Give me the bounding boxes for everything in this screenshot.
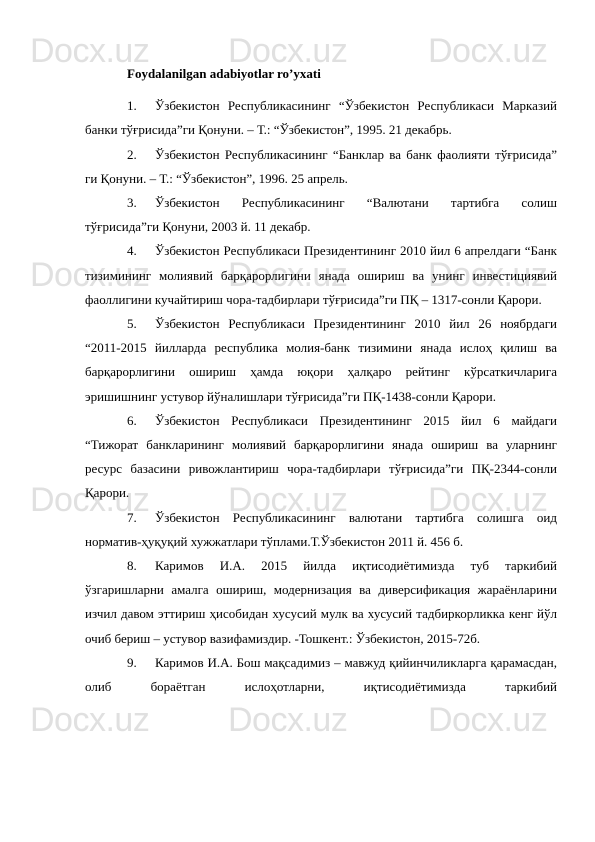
document-page: Docx.uz Docx.uz Docx.uz Docx.uz Docx.uz …: [0, 0, 595, 842]
reference-item: 2.Ўзбекистон Республикасининг “Банклар в…: [85, 143, 557, 191]
item-number: 3.: [127, 191, 155, 215]
item-text: Ўзбекистон Республикасининг “Валютани та…: [85, 195, 557, 234]
item-number: 9.: [127, 651, 155, 675]
item-text: Ўзбекистон Республикаси Президентининг 2…: [85, 316, 557, 404]
watermark: Docx.uz: [30, 705, 149, 735]
item-text: Ўзбекистон Республикаси Президентининг 2…: [85, 413, 557, 501]
item-number: 2.: [127, 143, 155, 167]
reference-item: 1.Ўзбекистон Республикасининг “Ўзбекисто…: [85, 94, 557, 142]
reference-item: 9.Каримов И.А. Бош мақсадимиз – мавжуд қ…: [85, 651, 557, 699]
item-text: Ўзбекистон Республикасининг “Банклар ва …: [85, 147, 557, 186]
watermark: Docx.uz: [228, 705, 347, 735]
item-number: 1.: [127, 94, 155, 118]
item-number: 6.: [127, 409, 155, 433]
item-text: Ўзбекистон Республикасининг валютани тар…: [85, 510, 557, 549]
item-number: 8.: [127, 554, 155, 578]
watermark-row: Docx.uz Docx.uz Docx.uz: [0, 705, 595, 735]
reference-item: 7.Ўзбекистон Республикасининг валютани т…: [85, 506, 557, 554]
item-text: Каримов И.А. Бош мақсадимиз – мавжуд қий…: [85, 655, 557, 694]
reference-item: 6.Ўзбекистон Республикаси Президентининг…: [85, 409, 557, 506]
references-section: Foydalanilgan adabiyotlar ro’yxati 1.Ўзб…: [85, 62, 557, 699]
item-text: Ўзбекистон Республикасининг “Ўзбекистон …: [85, 98, 557, 137]
item-text: Каримов И.А. 2015 йилда иқтисодиётимизда…: [85, 558, 557, 646]
item-number: 5.: [127, 312, 155, 336]
reference-item: 5.Ўзбекистон Республикаси Президентининг…: [85, 312, 557, 409]
watermark: Docx.uz: [428, 705, 547, 735]
item-number: 4.: [127, 239, 155, 263]
reference-item: 8.Каримов И.А. 2015 йилда иқтисодиётимиз…: [85, 554, 557, 651]
reference-item: 4.Ўзбекистон Республикаси Президентининг…: [85, 239, 557, 312]
section-title: Foydalanilgan adabiyotlar ro’yxati: [127, 62, 557, 86]
item-text: Ўзбекистон Республикаси Президентининг 2…: [85, 243, 557, 306]
item-number: 7.: [127, 506, 155, 530]
reference-item: 3.Ўзбекистон Республикасининг “Валютани …: [85, 191, 557, 239]
